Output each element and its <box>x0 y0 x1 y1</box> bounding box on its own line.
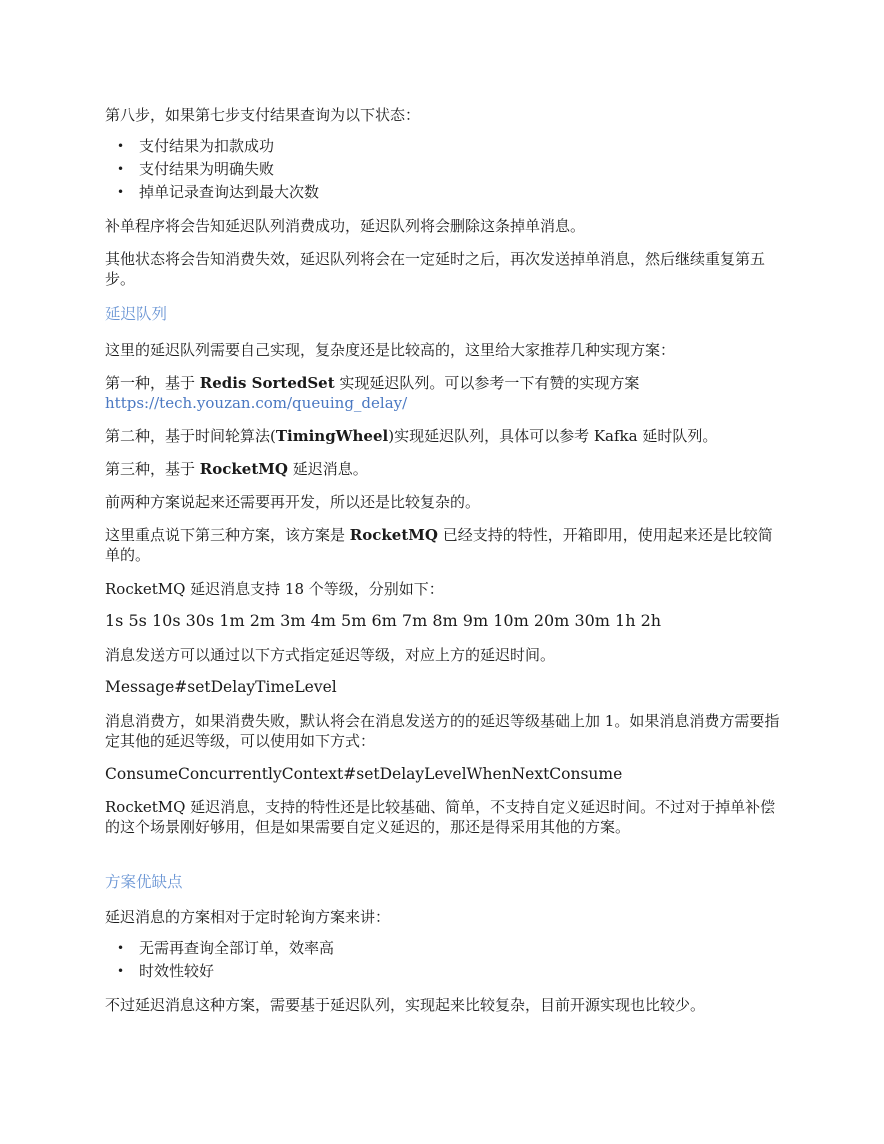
step8-bullet-list: •支付结果为扣款成功 •支付结果为明确失败 •掉单记录查询达到最大次数 <box>105 135 319 204</box>
rocketmq-term: RocketMQ <box>350 526 438 544</box>
bullet-icon: • <box>117 960 124 983</box>
list-item: •无需再查询全部订单，效率高 <box>105 937 334 960</box>
list-item: •掉单记录查询达到最大次数 <box>105 181 319 204</box>
timingwheel-term: TimingWheel <box>276 427 388 445</box>
other-status-paragraph: 其他状态将会告知消费失效，延迟队列将会在一定延时之后，再次发送掉单消息，然后继续… <box>105 249 785 289</box>
pros-bullet-list: •无需再查询全部订单，效率高 •时效性较好 <box>105 937 334 983</box>
levels-list: 1s 5s 10s 30s 1m 2m 3m 4m 5m 6m 7m 8m 9m… <box>105 611 795 631</box>
bullet-icon: • <box>117 181 124 204</box>
consumer-method: ConsumeConcurrentlyContext#setDelayLevel… <box>105 764 795 784</box>
section-heading-delay-queue: 延迟队列 <box>105 304 167 324</box>
list-item: •支付结果为扣款成功 <box>105 135 319 158</box>
sender-paragraph: 消息发送方可以通过以下方式指定延迟等级，对应上方的延迟时间。 <box>105 645 795 665</box>
list-item: •时效性较好 <box>105 960 334 983</box>
rocketmq-term: RocketMQ <box>200 460 288 478</box>
youzan-link[interactable]: https://tech.youzan.com/queuing_delay/ <box>105 394 407 412</box>
success-paragraph: 补单程序将会告知延迟队列消费成功，延迟队列将会删除这条掉单消息。 <box>105 216 795 236</box>
drawback-paragraph: 不过延迟消息这种方案，需要基于延迟队列，实现起来比较复杂，目前开源实现也比较少。 <box>105 995 775 1015</box>
delay-queue-intro: 这里的延迟队列需要自己实现，复杂度还是比较高的，这里给大家推荐几种实现方案： <box>105 340 795 360</box>
list-item: •支付结果为明确失败 <box>105 158 319 181</box>
focus-paragraph: 这里重点说下第三种方案，该方案是 RocketMQ 已经支持的特性，开箱即用，使… <box>105 525 775 565</box>
option1-paragraph: 第一种，基于 Redis SortedSet 实现延迟队列。可以参考一下有赞的实… <box>105 373 685 413</box>
summary-paragraph: RocketMQ 延迟消息，支持的特性还是比较基础、简单，不支持自定义延迟时间。… <box>105 797 785 837</box>
bullet-icon: • <box>117 135 124 158</box>
levels-intro: RocketMQ 延迟消息支持 18 个等级，分别如下： <box>105 579 795 599</box>
pros-cons-intro: 延迟消息的方案相对于定时轮询方案来讲： <box>105 907 795 927</box>
option2-paragraph: 第二种，基于时间轮算法(TimingWheel)实现延迟队列，具体可以参考 Ka… <box>105 426 795 446</box>
bullet-icon: • <box>117 158 124 181</box>
sender-method: Message#setDelayTimeLevel <box>105 677 795 697</box>
bullet-icon: • <box>117 937 124 960</box>
option3-paragraph: 第三种，基于 RocketMQ 延迟消息。 <box>105 459 795 479</box>
redis-sortedset-term: Redis SortedSet <box>200 374 335 392</box>
section-heading-pros-cons: 方案优缺点 <box>105 872 183 892</box>
step8-intro: 第八步，如果第七步支付结果查询为以下状态： <box>105 105 795 125</box>
consumer-paragraph: 消息消费方，如果消费失败，默认将会在消息发送方的的延迟等级基础上加 1。如果消息… <box>105 711 785 751</box>
first-two-paragraph: 前两种方案说起来还需要再开发，所以还是比较复杂的。 <box>105 492 795 512</box>
